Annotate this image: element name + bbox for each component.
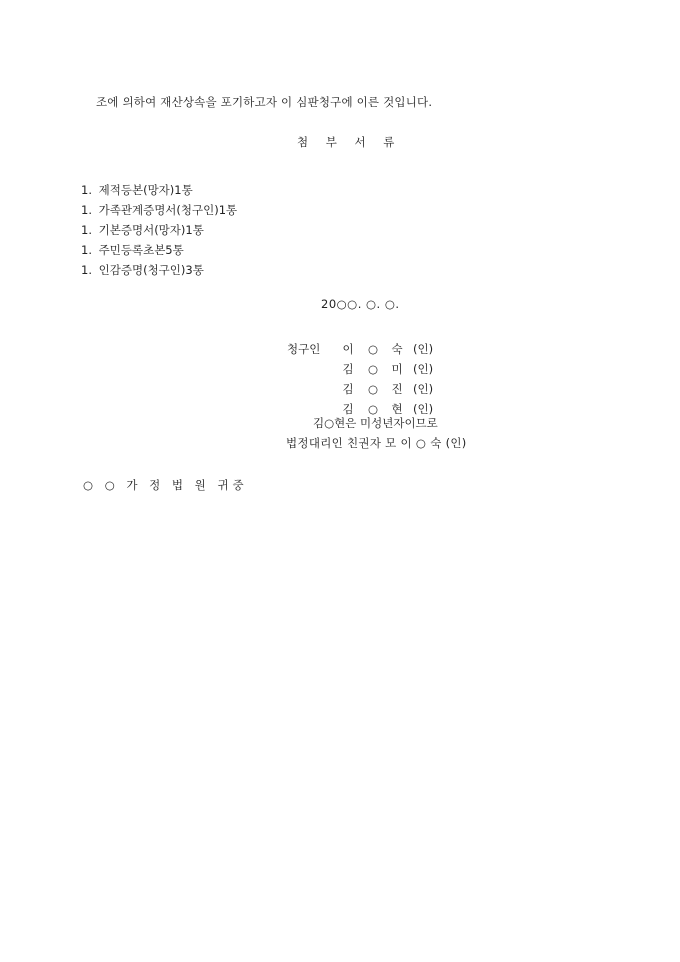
seal-mark: (인)	[413, 339, 433, 359]
seal-mark: (인)	[413, 359, 433, 379]
attachments-title-char: 류	[383, 137, 394, 149]
document-date: 20○○. ○. ○.	[321, 299, 400, 311]
attachment-text: 가족관계증명서(청구인)1통	[99, 203, 238, 217]
attachment-text: 인감증명(청구인)3통	[99, 263, 204, 277]
attachments-list: 1. 제적등본(망자)1통 1. 가족관계증명서(청구인)1통 1. 기본증명서…	[81, 180, 237, 280]
attachment-number: 1.	[81, 260, 95, 280]
attachment-item: 1. 기본증명서(망자)1통	[81, 220, 237, 240]
signatory-masked: ○	[363, 379, 383, 399]
signatory-row: 김 ○ 미 (인)	[287, 359, 487, 379]
signatory-role: 청구인	[287, 339, 337, 359]
attachment-text: 주민등록초본5통	[99, 243, 184, 257]
signatory-given-name: 숙	[387, 339, 407, 359]
signatory-surname: 김	[338, 379, 358, 399]
attachments-title-char: 서	[355, 137, 366, 149]
signatory-given-name: 미	[387, 359, 407, 379]
attachments-title: 첨 부 서 류	[297, 137, 408, 149]
attachment-item: 1. 제적등본(망자)1통	[81, 180, 237, 200]
attachment-text: 제적등본(망자)1통	[99, 183, 193, 197]
attachment-number: 1.	[81, 240, 95, 260]
signatory-given-name: 진	[387, 379, 407, 399]
signatory-row: 김 ○ 진 (인)	[287, 379, 487, 399]
signatory-surname: 이	[338, 339, 358, 359]
attachment-item: 1. 가족관계증명서(청구인)1통	[81, 200, 237, 220]
attachments-title-char: 부	[326, 137, 337, 149]
signatory-masked: ○	[363, 339, 383, 359]
guardian-line: 법정대리인 친권자 모 이 ○ 숙 (인)	[286, 438, 467, 450]
signatory-row: 청구인 이 ○ 숙 (인)	[287, 339, 487, 359]
attachment-number: 1.	[81, 200, 95, 220]
signatory-surname: 김	[338, 359, 358, 379]
minor-note: 김○현은 미성년자이므로	[313, 418, 438, 430]
signatory-masked: ○	[363, 359, 383, 379]
court-addressee: ○ ○ 가 정 법 원 귀중	[83, 480, 248, 492]
signatories-block: 청구인 이 ○ 숙 (인) 김 ○ 미 (인) 김 ○ 진 (인) 김 ○ 현 …	[287, 339, 487, 419]
intro-sentence: 조에 의하여 재산상속을 포기하고자 이 심판청구에 이른 것입니다.	[96, 97, 432, 109]
attachment-item: 1. 인감증명(청구인)3통	[81, 260, 237, 280]
seal-mark: (인)	[413, 379, 433, 399]
attachment-text: 기본증명서(망자)1통	[99, 223, 204, 237]
attachments-title-char: 첨	[297, 137, 308, 149]
attachment-item: 1. 주민등록초본5통	[81, 240, 237, 260]
attachment-number: 1.	[81, 180, 95, 200]
attachment-number: 1.	[81, 220, 95, 240]
